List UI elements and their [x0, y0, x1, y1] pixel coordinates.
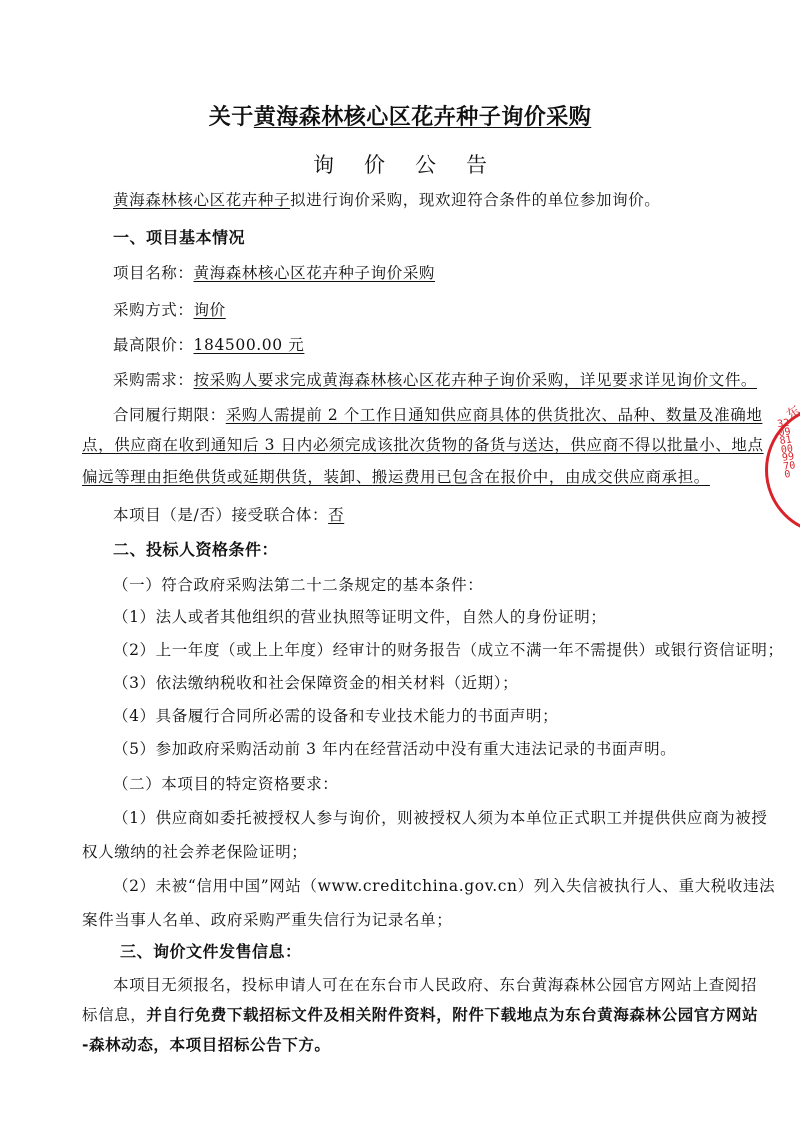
section3-line3: -森林动态，本项目招标公告下方。	[82, 1035, 331, 1055]
section3-text: 标信息，	[82, 1006, 146, 1024]
specific-item-1-line2: 权人缴纳的社会养老保险证明；	[82, 842, 307, 862]
specific-item-2-line2: 案件当事人名单、政府采购严重失信行为记录名单；	[82, 910, 452, 930]
basic-item-2: （2）上一年度（或上上年度）经审计的财务报告（成立不满一年不需提供）或银行资信证…	[113, 640, 784, 660]
title-project-name: 黄海森林核心区花卉种子询价采购	[254, 105, 592, 130]
field-procurement-method: 采购方式：询价	[113, 300, 226, 320]
field-value: 184500.00 元	[194, 336, 305, 354]
specific-conditions-heading: （二）本项目的特定资格要求：	[113, 774, 338, 794]
field-value: 黄海森林核心区花卉种子询价采购	[194, 264, 436, 282]
basic-item-3: （3）依法缴纳税收和社会保障资金的相关材料（近期）；	[113, 673, 518, 693]
basic-conditions-heading: （一）符合政府采购法第二十二条规定的基本条件：	[113, 575, 483, 595]
field-value: 按采购人要求完成黄海森林核心区花卉种子询价采购，详见要求详见询价文件。	[194, 371, 758, 389]
field-label: 采购方式：	[113, 301, 194, 319]
section3-heading: 三、询价文件发售信息：	[120, 942, 302, 962]
intro-text: 拟进行询价采购，现欢迎符合条件的单位参加询价。	[290, 191, 660, 209]
contract-period-line3: 偏远等理由拒绝供货或延期供货，装卸、搬运费用已包含在报价中，由成交供应商承担。	[82, 467, 710, 487]
field-label: 项目名称：	[113, 264, 194, 282]
consortium-field: 本项目（是/否）接受联合体：否	[113, 505, 344, 525]
document-subtitle: 询价公告	[0, 150, 800, 180]
intro-paragraph: 黄海森林核心区花卉种子拟进行询价采购，现欢迎符合条件的单位参加询价。	[113, 190, 660, 210]
field-label: 合同履行期限：	[113, 406, 226, 424]
intro-project-name: 黄海森林核心区花卉种子	[113, 191, 290, 209]
field-value: 采购人需提前 2 个工作日通知供应商具体的供货批次、品种、数量及准确地	[226, 406, 763, 424]
section3-bold-text: 并自行免费下载招标文件及相关附件资料，附件下载地点为东台黄海森林公园官方网站	[146, 1006, 758, 1024]
specific-item-1-line1: （1）供应商如委托被授权人参与询价，则被授权人须为本单位正式职工并提供供应商为被…	[113, 808, 767, 828]
section2-heading: 二、投标人资格条件：	[113, 540, 278, 560]
field-value: 否	[328, 506, 344, 524]
field-label: 本项目（是/否）接受联合体：	[113, 506, 328, 524]
field-value: 询价	[194, 301, 226, 319]
field-project-name: 项目名称：黄海森林核心区花卉种子询价采购	[113, 263, 435, 283]
section3-line2: 标信息，并自行免费下载招标文件及相关附件资料，附件下载地点为东台黄海森林公园官方…	[82, 1005, 758, 1025]
field-procurement-requirement: 采购需求：按采购人要求完成黄海森林核心区花卉种子询价采购，详见要求详见询价文件。	[113, 370, 757, 390]
document-page: 关于黄海森林核心区花卉种子询价采购 询价公告 黄海森林核心区花卉种子拟进行询价采…	[0, 0, 800, 1132]
section3-line1: 本项目无须报名，投标申请人可在在东台市人民政府、东台黄海森林公园官方网站上查阅招	[113, 975, 757, 995]
title-prefix: 关于	[209, 105, 254, 130]
basic-item-1: （1）法人或者其他组织的营业执照等证明文件，自然人的身份证明；	[113, 607, 606, 627]
document-title: 关于黄海森林核心区花卉种子询价采购	[0, 103, 800, 133]
basic-item-5: （5）参加政府采购活动前 3 年内在经营活动中没有重大违法记录的书面声明。	[113, 739, 676, 759]
contract-period-line1: 合同履行期限：采购人需提前 2 个工作日通知供应商具体的供货批次、品种、数量及准…	[113, 405, 762, 425]
specific-item-2-line1: （2）未被“信用中国”网站（www.creditchina.gov.cn）列入失…	[113, 876, 775, 896]
field-label: 最高限价：	[113, 336, 194, 354]
field-label: 采购需求：	[113, 371, 194, 389]
section1-heading: 一、项目基本情况	[113, 228, 245, 248]
basic-item-4: （4）具备履行合同所必需的设备和专业技术能力的书面声明；	[113, 706, 558, 726]
contract-period-line2: 点，供应商在收到通知后 3 日内必须完成该批次货物的备货与送达，供应商不得以批量…	[82, 435, 764, 455]
field-max-price: 最高限价：184500.00 元	[113, 335, 304, 355]
